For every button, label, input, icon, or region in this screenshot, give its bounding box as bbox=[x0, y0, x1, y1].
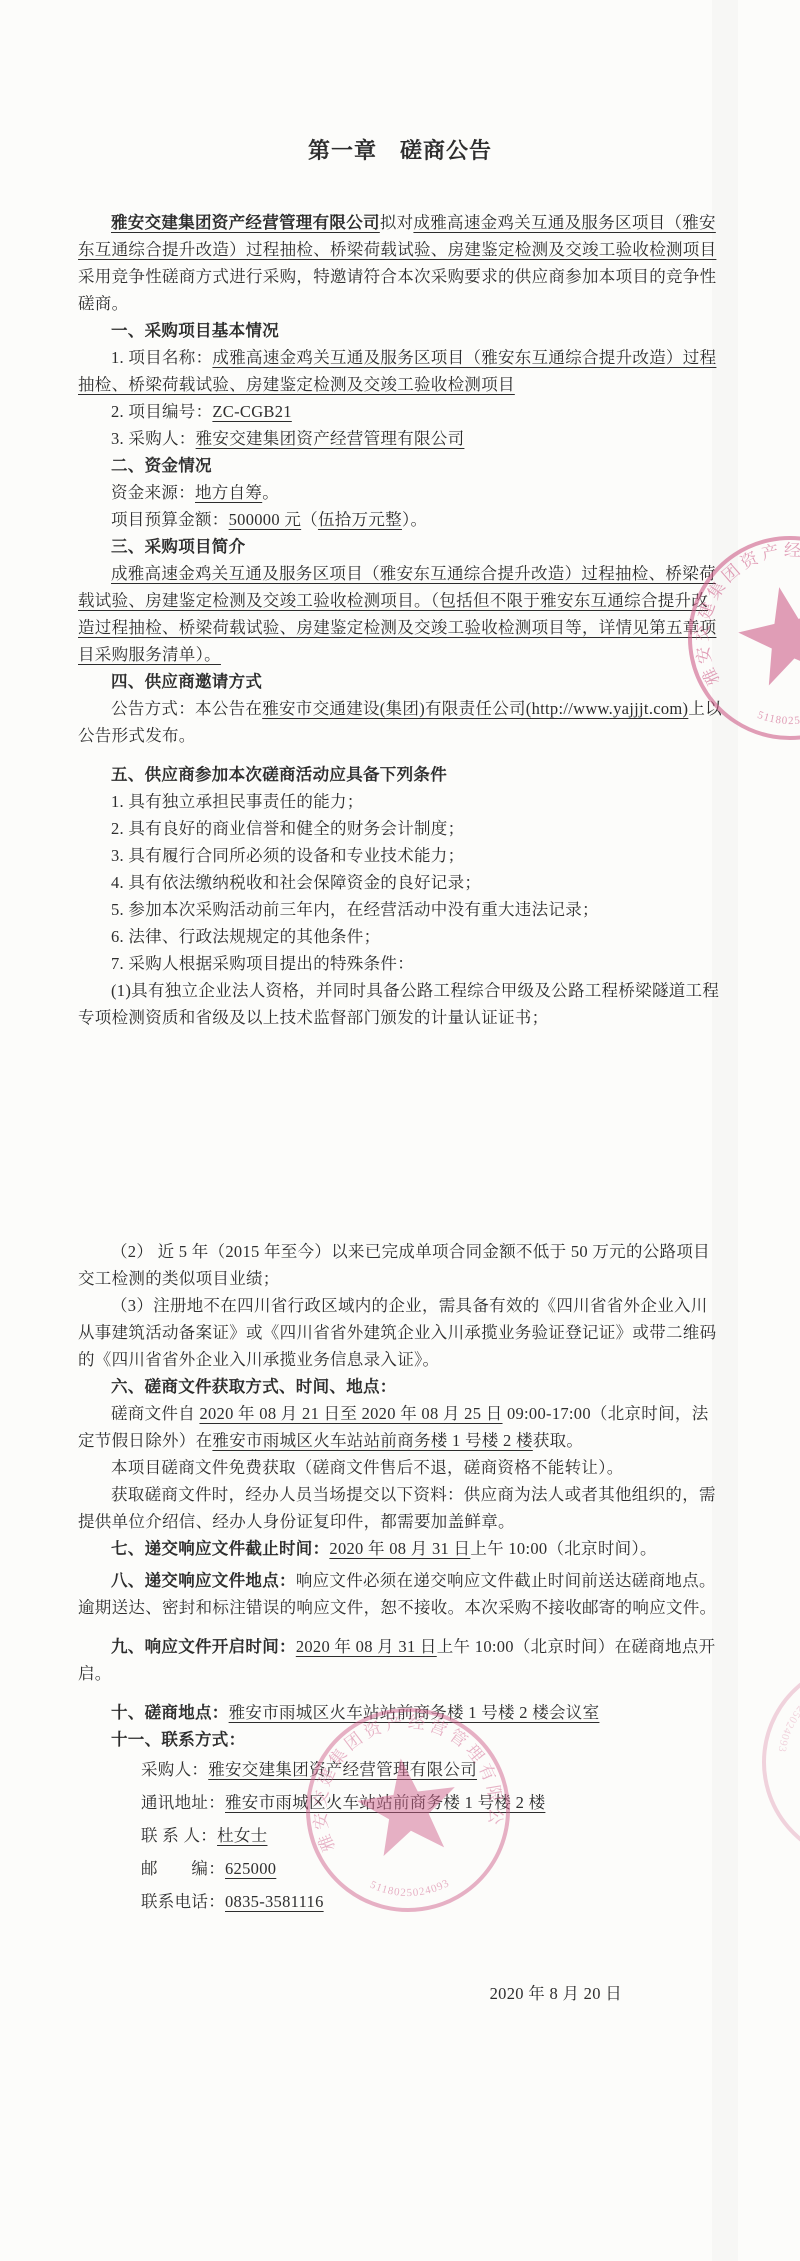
text-run: （2） 近 5 年（2015 年至今）以来已完成单项合同金额不低于 50 万元的… bbox=[78, 1242, 710, 1288]
special-condition-1: (1)具有独立企业法人资格，并同时具备公路工程综合甲级及公路工程桥梁隧道工程专项… bbox=[78, 977, 722, 1031]
contact-address: 通讯地址：雅安市雨城区火车站站前商务楼 1 号楼 2 楼 bbox=[78, 1786, 722, 1819]
text-run: 联系电话： bbox=[141, 1892, 225, 1911]
contact-postcode: 邮 编：625000 bbox=[78, 1852, 722, 1885]
supplier-condition-2: 2. 具有良好的商业信誉和健全的财务会计制度； bbox=[78, 815, 722, 842]
section-3-heading: 三、采购项目简介 bbox=[78, 533, 722, 560]
section-6-heading: 六、磋商文件获取方式、时间、地点： bbox=[78, 1373, 722, 1400]
supplier-condition-3: 3. 具有履行合同所必须的设备和专业技术能力； bbox=[78, 842, 722, 869]
text-run: 拟对 bbox=[380, 213, 414, 232]
text-run: 雅安交建集团资产经营管理有限公司 bbox=[208, 1760, 477, 1779]
section-5-heading: 五、供应商参加本次磋商活动应具备下列条件 bbox=[78, 761, 722, 788]
text-run: 地方自筹 bbox=[195, 483, 262, 502]
text-run: 九、响应文件开启时间： bbox=[111, 1637, 296, 1656]
section-1-heading: 一、采购项目基本情况 bbox=[78, 317, 722, 344]
text-run: 3. 采购人： bbox=[111, 429, 196, 448]
text-run: 500000 元 bbox=[229, 510, 302, 529]
intro-paragraph: 雅安交建集团资产经营管理有限公司拟对成雅高速金鸡关互通及服务区项目（雅安东互通综… bbox=[78, 209, 722, 317]
text-run: 2. 具有良好的商业信誉和健全的财务会计制度； bbox=[111, 819, 464, 838]
text-run: 7. 采购人根据采购项目提出的特殊条件： bbox=[111, 954, 414, 973]
text-run: 一、采购项目基本情况 bbox=[111, 321, 279, 340]
section-2-heading: 二、资金情况 bbox=[78, 452, 722, 479]
text-run: 八、递交响应文件地点： bbox=[111, 1571, 296, 1590]
document-obtain-materials: 获取磋商文件时，经办人员当场提交以下资料：供应商为法人或者其他组织的，需提供单位… bbox=[78, 1481, 722, 1535]
text-run: 2020 年 08 月 21 日至 2020 年 08 月 25 日 bbox=[199, 1404, 502, 1423]
text-run: （3）注册地不在四川省行政区域内的企业，需具备有效的《四川省省外企业入川从事建筑… bbox=[78, 1296, 716, 1369]
project-name: 1. 项目名称：成雅高速金鸡关互通及服务区项目（雅安东互通综合提升改造）过程抽检… bbox=[78, 344, 722, 398]
purchaser: 3. 采购人：雅安交建集团资产经营管理有限公司 bbox=[78, 425, 722, 452]
text-run: 雅安市雨城区火车站站前商务楼 1 号楼 2 楼会议室 bbox=[229, 1703, 600, 1722]
text-run: 1. 项目名称： bbox=[111, 348, 212, 367]
contact-person: 联 系 人：杜女士 bbox=[78, 1819, 722, 1852]
text-run: 雅安市雨城区火车站站前商务楼 1 号楼 2 楼 bbox=[212, 1431, 532, 1450]
text-run: 二、资金情况 bbox=[111, 456, 212, 475]
section-9-opening-time: 九、响应文件开启时间：2020 年 08 月 31 日上午 10:00（北京时间… bbox=[78, 1633, 722, 1687]
contact-phone: 联系电话：0835-3581116 bbox=[78, 1885, 722, 1918]
text-run: 本项目磋商文件免费获取（磋商文件售后不退，磋商资格不能转让）。 bbox=[111, 1458, 624, 1477]
text-run: 625000 bbox=[225, 1859, 276, 1878]
text-run: 。 bbox=[262, 483, 279, 502]
text-run: 获取磋商文件时，经办人员当场提交以下资料：供应商为法人或者其他组织的，需提供单位… bbox=[78, 1485, 716, 1531]
text-run: 采用竞争性磋商方式进行采购，特邀请符合本次采购要求的供应商参加本项目的竞争性磋商… bbox=[78, 267, 716, 313]
text-run: 十一、联系方式： bbox=[111, 1730, 245, 1749]
text-run: 资金来源： bbox=[111, 483, 195, 502]
announcement-method: 公告方式：本公告在雅安市交通建设(集团)有限责任公司(http://www.ya… bbox=[78, 695, 722, 749]
date-line: 2020 年 8 月 20 日 bbox=[78, 1980, 722, 2007]
project-summary: 成雅高速金鸡关互通及服务区项目（雅安东互通综合提升改造）过程抽检、桥梁荷载试验、… bbox=[78, 560, 722, 668]
text-run: 项目预算金额： bbox=[111, 510, 229, 529]
text-run: （ bbox=[301, 510, 318, 529]
document-body: 雅安交建集团资产经营管理有限公司拟对成雅高速金鸡关互通及服务区项目（雅安东互通综… bbox=[78, 209, 722, 1918]
document-page: 第一章 磋商公告 雅安交建集团资产经营管理有限公司拟对成雅高速金鸡关互通及服务区… bbox=[0, 0, 800, 2261]
text-run: (1)具有独立企业法人资格，并同时具备公路工程综合甲级及公路工程桥梁隧道工程专项… bbox=[78, 981, 719, 1027]
text-run: 1. 具有独立承担民事责任的能力； bbox=[111, 792, 364, 811]
text-run: 通讯地址： bbox=[141, 1793, 225, 1812]
document-obtain-time: 磋商文件自 2020 年 08 月 21 日至 2020 年 08 月 25 日… bbox=[78, 1400, 722, 1454]
supplier-condition-5: 5. 参加本次采购活动前三年内，在经营活动中没有重大违法记录； bbox=[78, 896, 722, 923]
section-11-contact-heading: 十一、联系方式： bbox=[78, 1726, 722, 1753]
funding-source: 资金来源：地方自筹。 bbox=[78, 479, 722, 506]
text-run: 6. 法律、行政法规规定的其他条件； bbox=[111, 927, 380, 946]
document-content: 第一章 磋商公告 雅安交建集团资产经营管理有限公司拟对成雅高速金鸡关互通及服务区… bbox=[0, 0, 800, 2007]
text-run: 磋商文件自 bbox=[111, 1404, 199, 1423]
section-8-submission-place: 八、递交响应文件地点：响应文件必须在递交响应文件截止时间前送达磋商地点。逾期送达… bbox=[78, 1567, 722, 1621]
special-condition-2: （2） 近 5 年（2015 年至今）以来已完成单项合同金额不低于 50 万元的… bbox=[78, 1238, 722, 1292]
text-run: 雅安市交通建设(集团)有限责任公司(http://www.yajjjt.com) bbox=[262, 699, 688, 718]
text-run: 3. 具有履行合同所必须的设备和专业技术能力； bbox=[111, 846, 464, 865]
text-run: 七、递交响应文件截止时间： bbox=[111, 1539, 329, 1558]
text-run: 2. 项目编号： bbox=[111, 402, 212, 421]
section-4-heading: 四、供应商邀请方式 bbox=[78, 668, 722, 695]
page-title: 第一章 磋商公告 bbox=[78, 0, 722, 165]
text-run: 0835-3581116 bbox=[225, 1892, 324, 1911]
text-run: 采购人： bbox=[141, 1760, 208, 1779]
text-run: 2020 年 08 月 31 日 bbox=[296, 1637, 437, 1656]
supplier-condition-4: 4. 具有依法缴纳税收和社会保障资金的良好记录； bbox=[78, 869, 722, 896]
budget-amount: 项目预算金额：500000 元（伍拾万元整）。 bbox=[78, 506, 722, 533]
text-run: 三、采购项目简介 bbox=[111, 537, 245, 556]
supplier-condition-1: 1. 具有独立承担民事责任的能力； bbox=[78, 788, 722, 815]
text-run: 联 系 人： bbox=[141, 1826, 217, 1845]
section-7-deadline: 七、递交响应文件截止时间：2020 年 08 月 31 日上午 10:00（北京… bbox=[78, 1535, 722, 1562]
text-run: 公告方式：本公告在 bbox=[111, 699, 262, 718]
text-run: 2020 年 08 月 31 日 bbox=[329, 1539, 470, 1558]
text-run: 六、磋商文件获取方式、时间、地点： bbox=[111, 1377, 397, 1396]
text-run: 雅安交建集团资产经营管理有限公司 bbox=[196, 429, 465, 448]
text-run: 获取。 bbox=[533, 1431, 583, 1450]
text-run: 5. 参加本次采购活动前三年内，在经营活动中没有重大违法记录； bbox=[111, 900, 599, 919]
document-free-note: 本项目磋商文件免费获取（磋商文件售后不退，磋商资格不能转让）。 bbox=[78, 1454, 722, 1481]
text-run: 邮 编： bbox=[141, 1859, 225, 1878]
section-10-negotiation-place: 十、磋商地点：雅安市雨城区火车站站前商务楼 1 号楼 2 楼会议室 bbox=[78, 1699, 722, 1726]
text-run: 雅安市雨城区火车站站前商务楼 1 号楼 2 楼 bbox=[225, 1793, 545, 1812]
text-run: 雅安交建集团资产经营管理有限公司 bbox=[111, 213, 380, 232]
text-run: 4. 具有依法缴纳税收和社会保障资金的良好记录； bbox=[111, 873, 481, 892]
text-run: ZC-CGB21 bbox=[212, 402, 291, 421]
text-run: ）。 bbox=[402, 510, 427, 529]
project-number: 2. 项目编号：ZC-CGB21 bbox=[78, 398, 722, 425]
text-run: 伍拾万元整 bbox=[318, 510, 402, 529]
text-run: 上午 10:00（北京时间）。 bbox=[470, 1539, 656, 1558]
supplier-condition-7: 7. 采购人根据采购项目提出的特殊条件： bbox=[78, 950, 722, 977]
contact-purchaser: 采购人：雅安交建集团资产经营管理有限公司 bbox=[78, 1753, 722, 1786]
supplier-condition-6: 6. 法律、行政法规规定的其他条件； bbox=[78, 923, 722, 950]
text-run: 成雅高速金鸡关互通及服务区项目（雅安东互通综合提升改造）过程抽检、桥梁荷载试验、… bbox=[78, 564, 716, 664]
text-run: 杜女士 bbox=[217, 1826, 267, 1845]
text-run: 四、供应商邀请方式 bbox=[111, 672, 262, 691]
text-run: 十、磋商地点： bbox=[111, 1703, 229, 1722]
text-run: 五、供应商参加本次磋商活动应具备下列条件 bbox=[111, 765, 447, 784]
special-condition-3: （3）注册地不在四川省行政区域内的企业，需具备有效的《四川省省外企业入川从事建筑… bbox=[78, 1292, 722, 1373]
